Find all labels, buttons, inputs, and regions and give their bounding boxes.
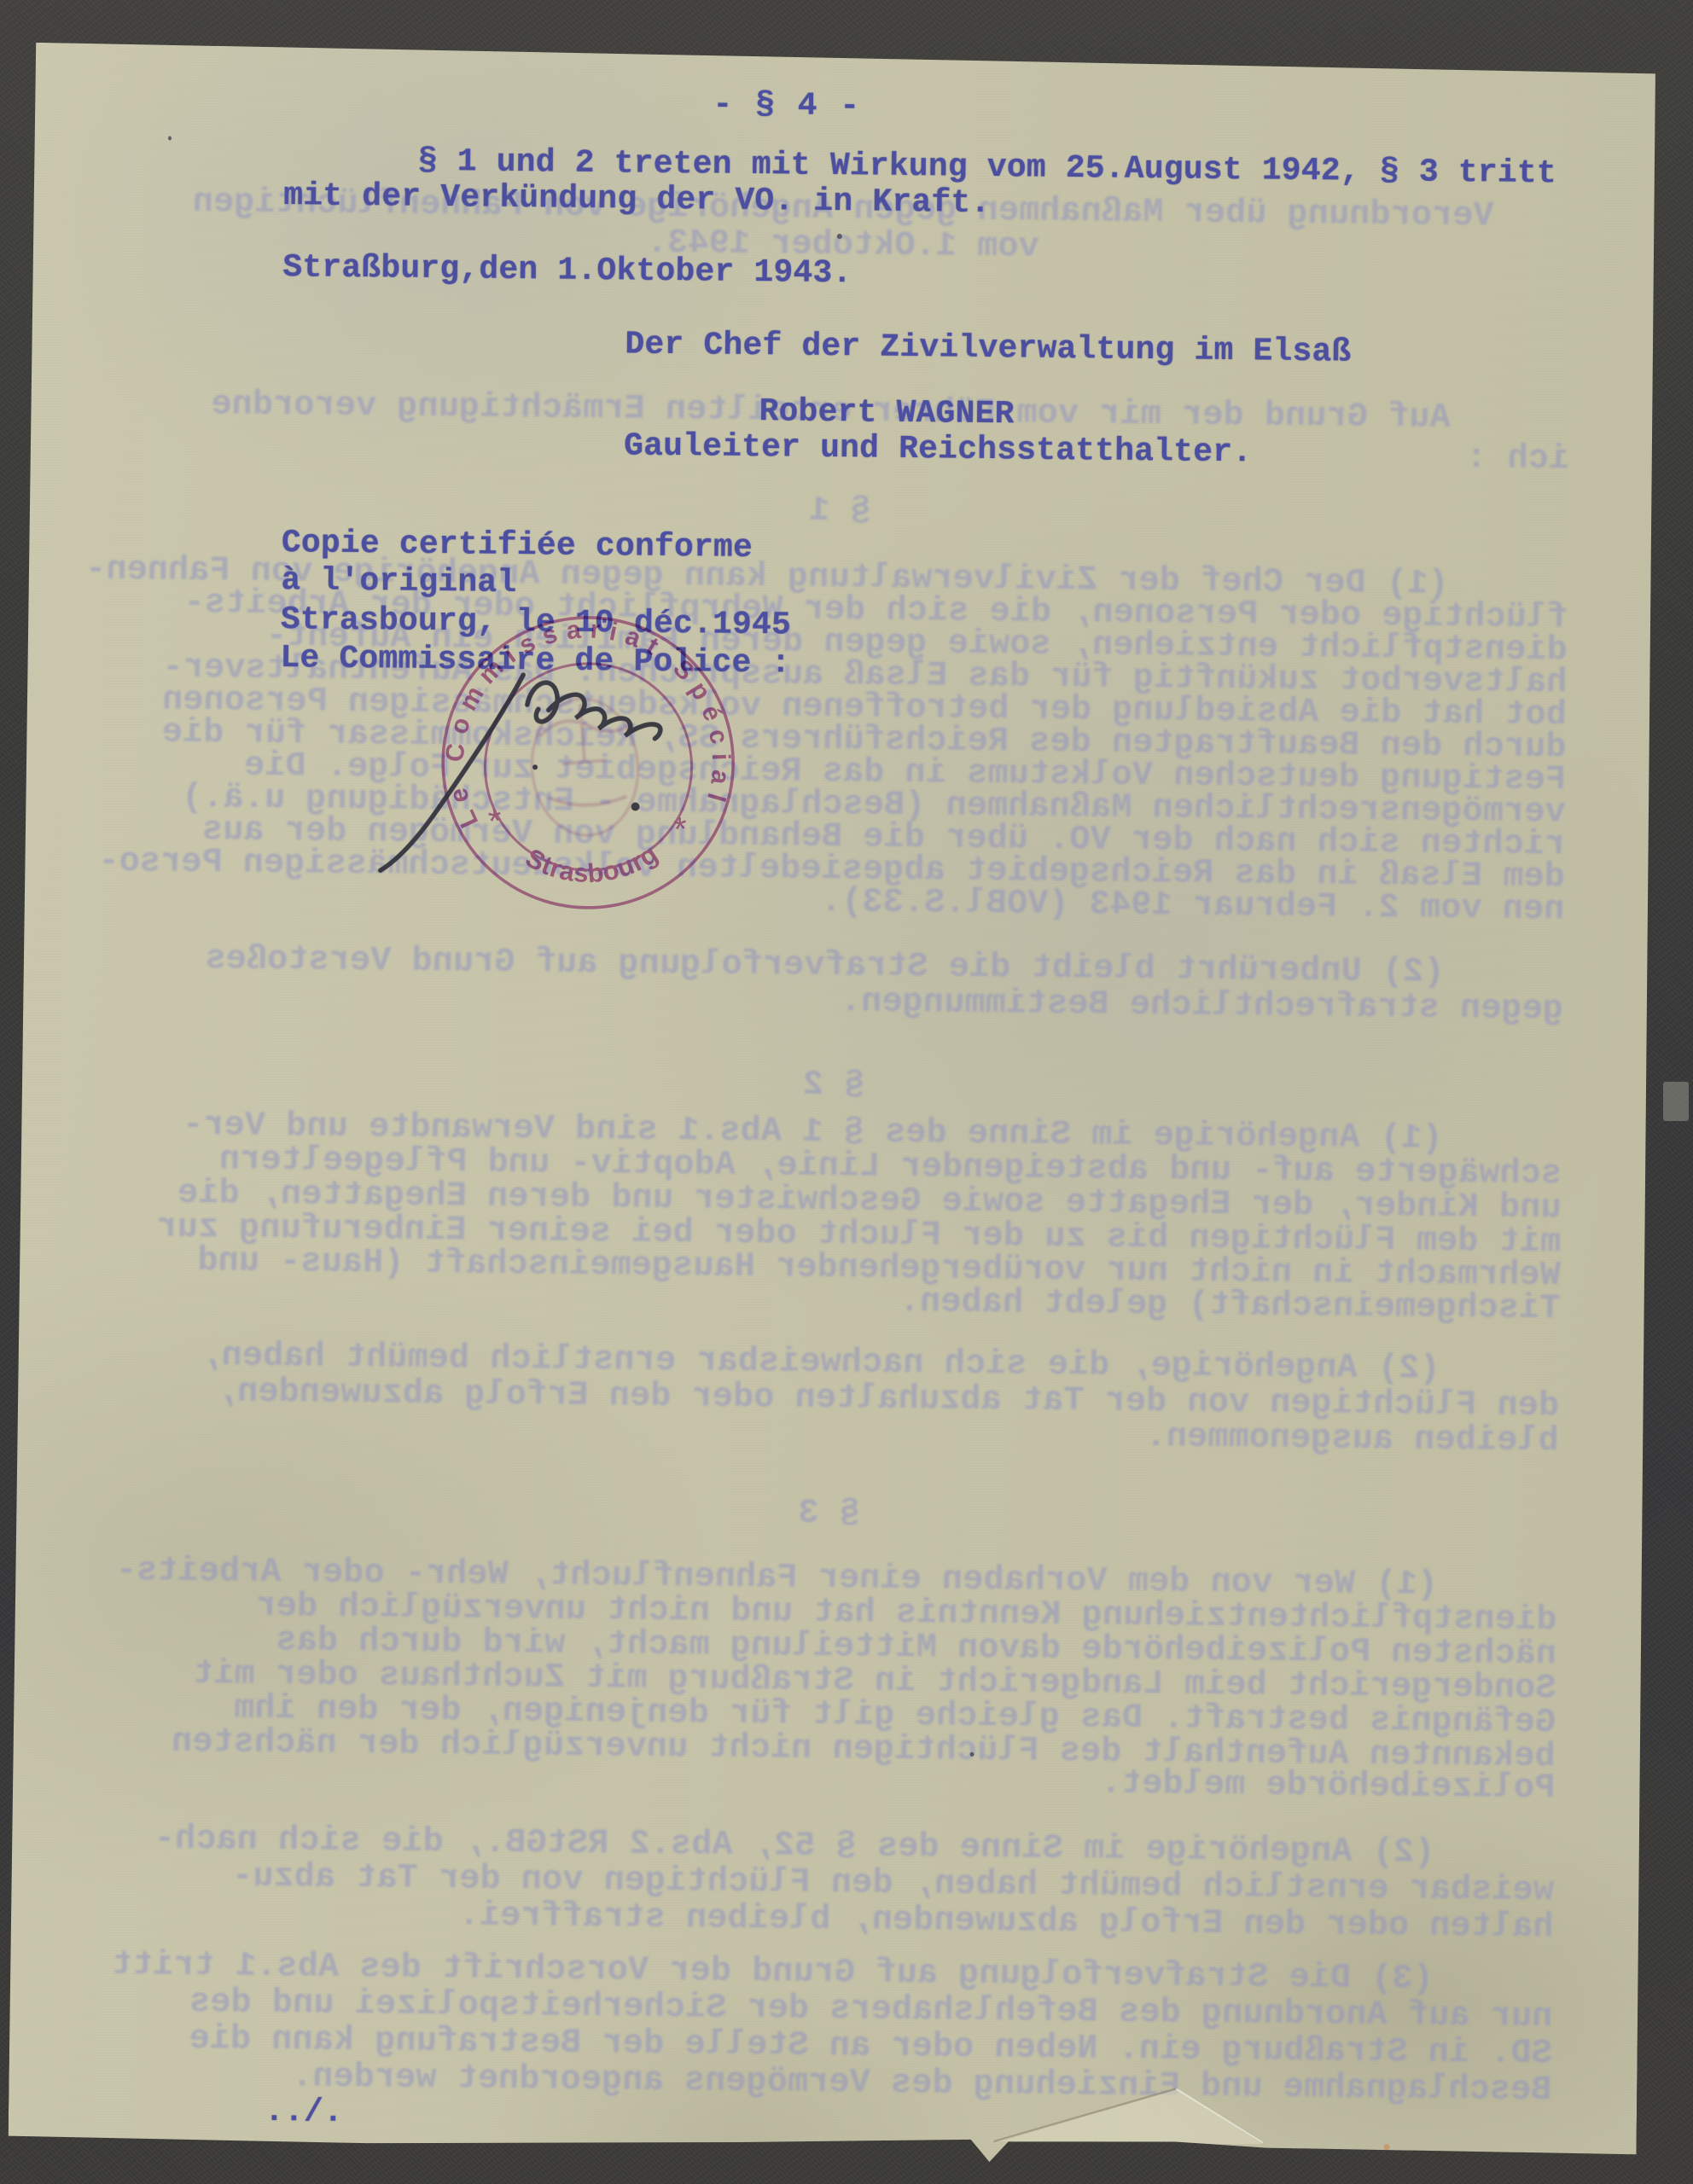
paper-fleck [1384, 2144, 1390, 2150]
scan-artifact [1663, 1082, 1689, 1121]
document-page: Verordnung über Maßnahmen gegen Angehöri… [8, 43, 1659, 2178]
ink-speck [168, 136, 172, 141]
page-fold [8, 43, 1659, 2178]
scanned-document-screenshot: { "scan": { "background_color": "#3a3a38… [0, 0, 1693, 2184]
ink-speck [837, 234, 842, 239]
ink-speck [970, 1752, 974, 1757]
